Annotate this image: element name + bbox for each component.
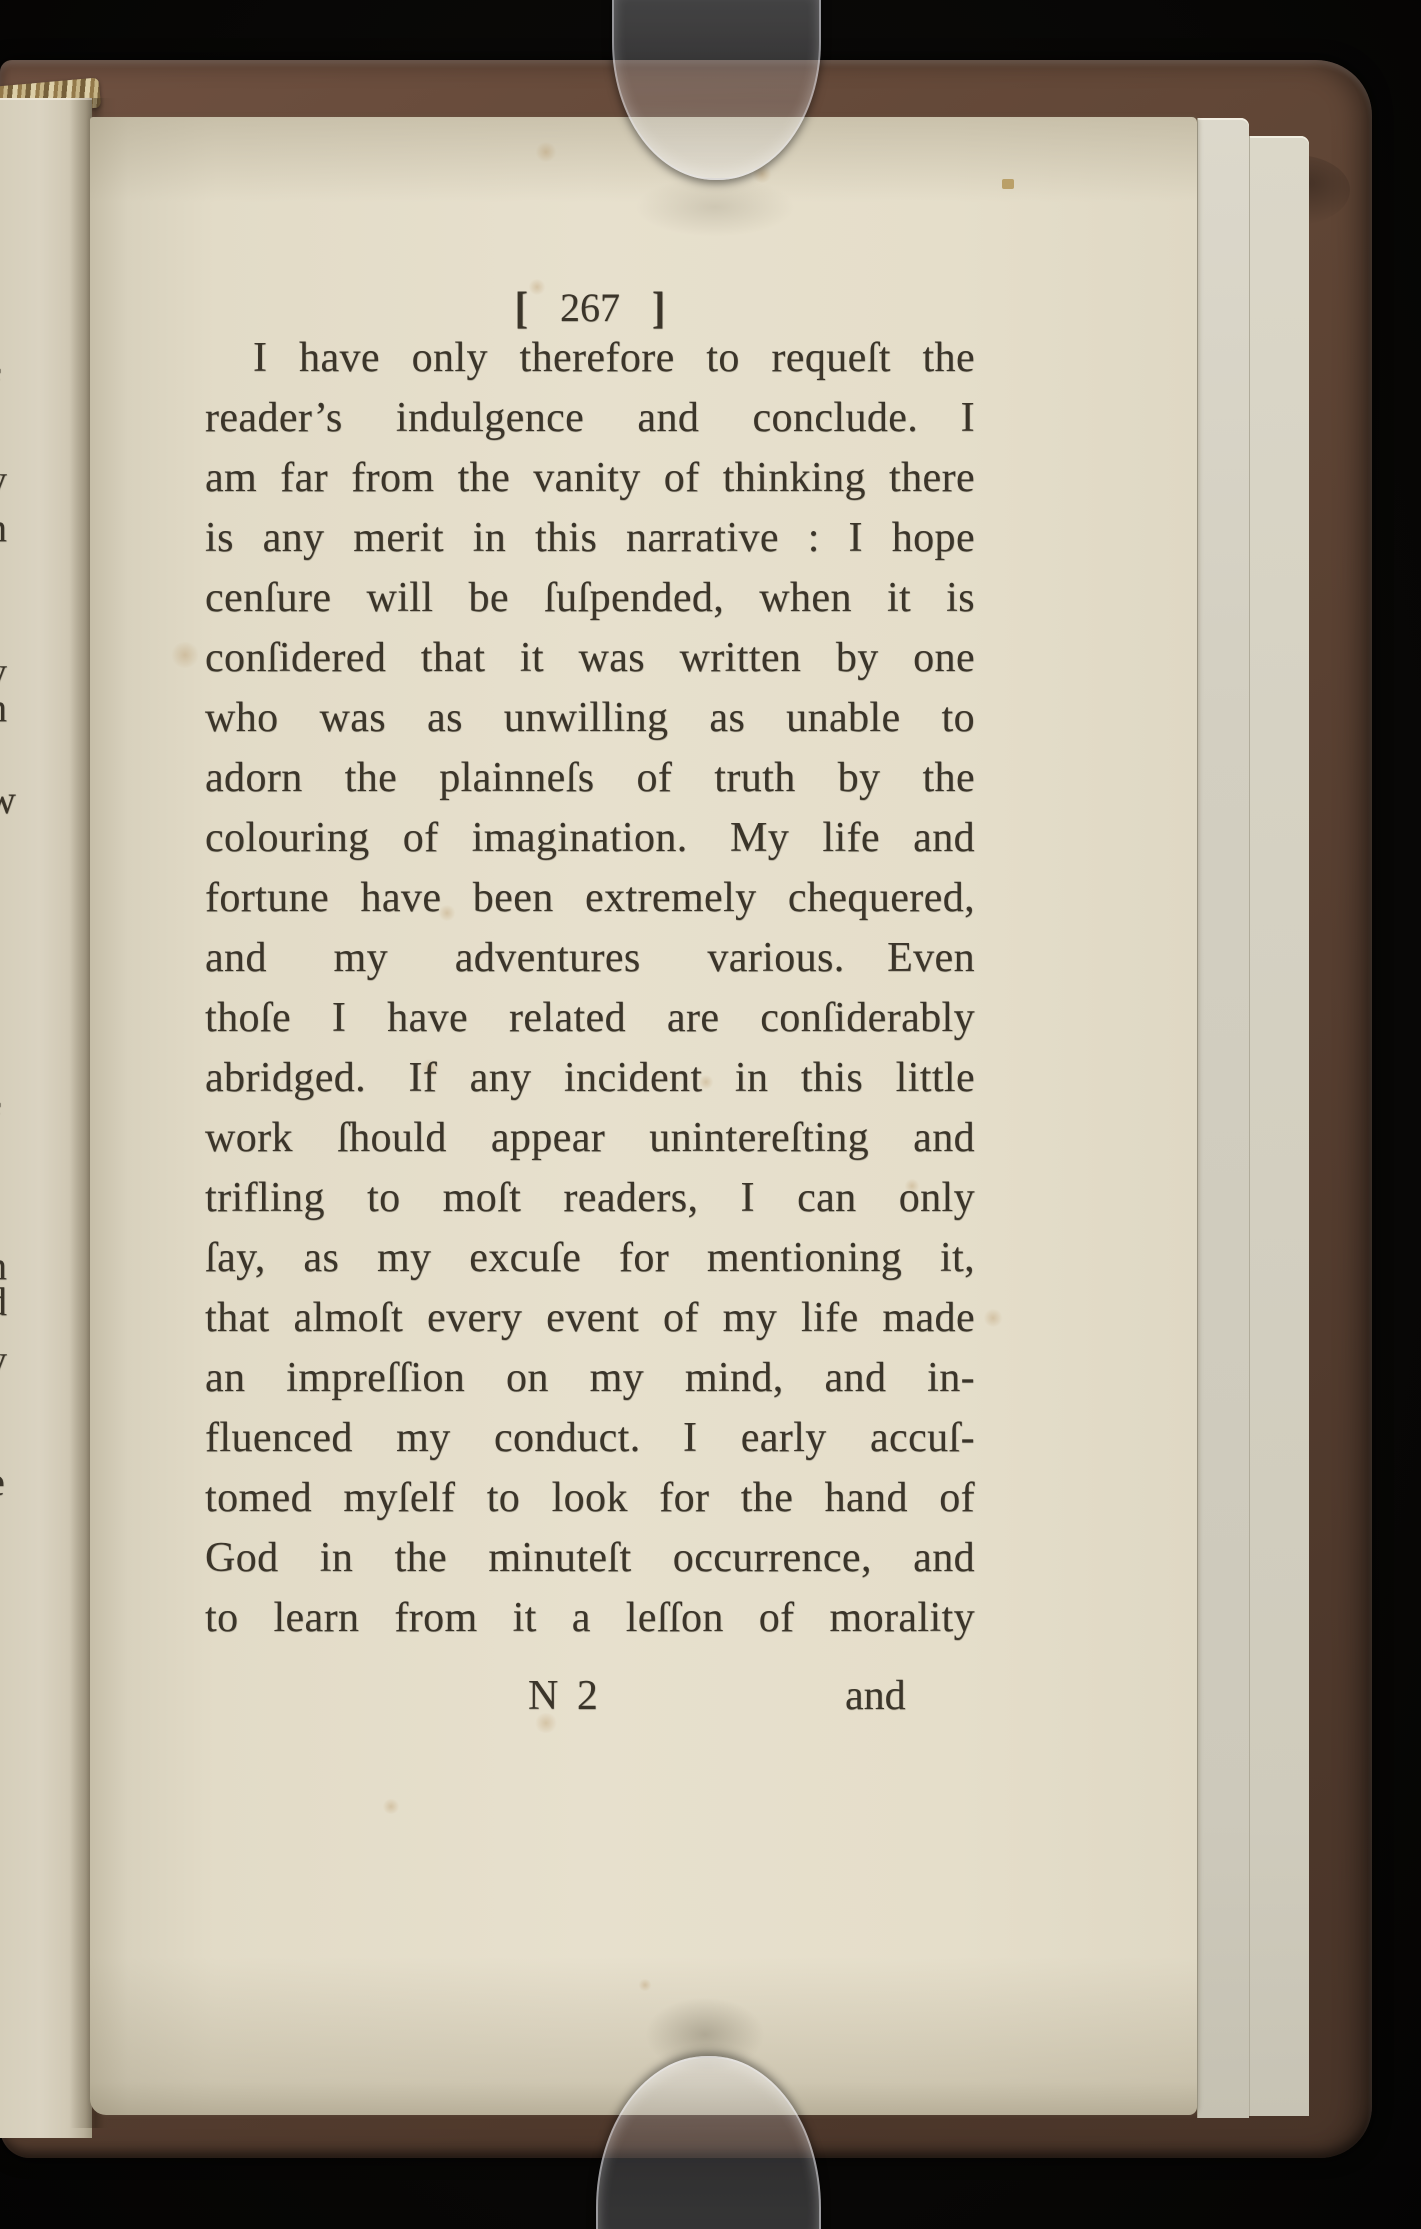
text-line: to learn from it a leſſon of morality (205, 1588, 975, 1648)
facing-page-text-fragment: - (0, 1378, 27, 1422)
text-line: ſay, as my excuſe for mentioning it, (205, 1228, 975, 1288)
book-photograph: :fyn-,yh-w;-f-lndy-e [ 267 ] I have only… (0, 0, 1421, 2229)
page-number: 267 (560, 283, 620, 333)
text-line: I have only therefore to requeſt the (205, 328, 975, 388)
text-line: reader’s indulgence and conclude. I (205, 388, 975, 448)
page-edge (1197, 118, 1249, 2118)
text-line: an impreſſion on my mind, and in- (205, 1348, 975, 1408)
text-line: God in the minuteſt occurrence, and (205, 1528, 975, 1588)
foxing-spot (382, 1799, 400, 1814)
text-line: work ſhould appear unintereſting and (205, 1108, 975, 1168)
facing-page-text-fragment: , (0, 600, 27, 644)
facing-page-text-fragment: e (0, 1460, 27, 1504)
facing-page-text: :fyn-,yh-w;-f-lndy-e (0, 0, 60, 2229)
signature-mark: N 2 (528, 1666, 602, 1726)
facing-page-text-fragment: f (0, 362, 27, 406)
text-line: cenſure will be ſuſpended, when it is (205, 568, 975, 628)
foxing-spot (535, 142, 557, 162)
facing-page-text-fragment: ; (0, 1014, 27, 1058)
text-line: am far from the vanity of thinking there (205, 448, 975, 508)
page-footer: N 2 and (205, 1666, 975, 1726)
text-line: and my adventures various. Even (205, 928, 975, 988)
foxing-spot (638, 1979, 652, 1991)
text-line: that almoſt every event of my life made (205, 1288, 975, 1348)
text-line: who was as unwilling as unable to (205, 688, 975, 748)
facing-page-text-fragment: l (0, 1202, 27, 1246)
facing-page-text-fragment: y (0, 458, 27, 502)
text-line: is any merit in this narrative : I hope (205, 508, 975, 568)
book-page: [ 267 ] I have only therefore to requeſt… (90, 117, 1197, 2115)
text-line: trifling to moſt readers, I can only (205, 1168, 975, 1228)
facing-page-text-fragment: w (0, 778, 27, 822)
text-line: thoſe I have related are conſiderably (205, 988, 975, 1048)
paper-speck (1002, 179, 1014, 189)
body-text: I have only therefore to requeſt theread… (205, 328, 975, 1648)
facing-page-text-fragment: - (0, 556, 27, 600)
catchword: and (845, 1666, 906, 1726)
foxing-spot (983, 1309, 1003, 1327)
page-edge (1249, 136, 1309, 2116)
text-line: colouring of imagination. My life and (205, 808, 975, 868)
text-line: tomed myſelf to look for the hand of (205, 1468, 975, 1528)
facing-page-text-fragment: d (0, 1280, 27, 1324)
text-line: adorn the plainneſs of truth by the (205, 748, 975, 808)
text-line: abridged. If any incident in this little (205, 1048, 975, 1108)
text-line: conſidered that it was written by one (205, 628, 975, 688)
foxing-spot (170, 642, 200, 668)
facing-page-text-fragment: - (0, 1158, 27, 1202)
text-line: fluenced my conduct. I early accuſ- (205, 1408, 975, 1468)
facing-page-text-fragment: n (0, 506, 27, 550)
facing-page-text-fragment: : (0, 320, 27, 364)
text-line: fortune have been extremely chequered, (205, 868, 975, 928)
facing-page-text-fragment: h (0, 686, 27, 730)
strap-shadow (635, 177, 795, 237)
facing-page-text-fragment: f (0, 1096, 27, 1140)
facing-page-text-fragment: y (0, 1338, 27, 1382)
